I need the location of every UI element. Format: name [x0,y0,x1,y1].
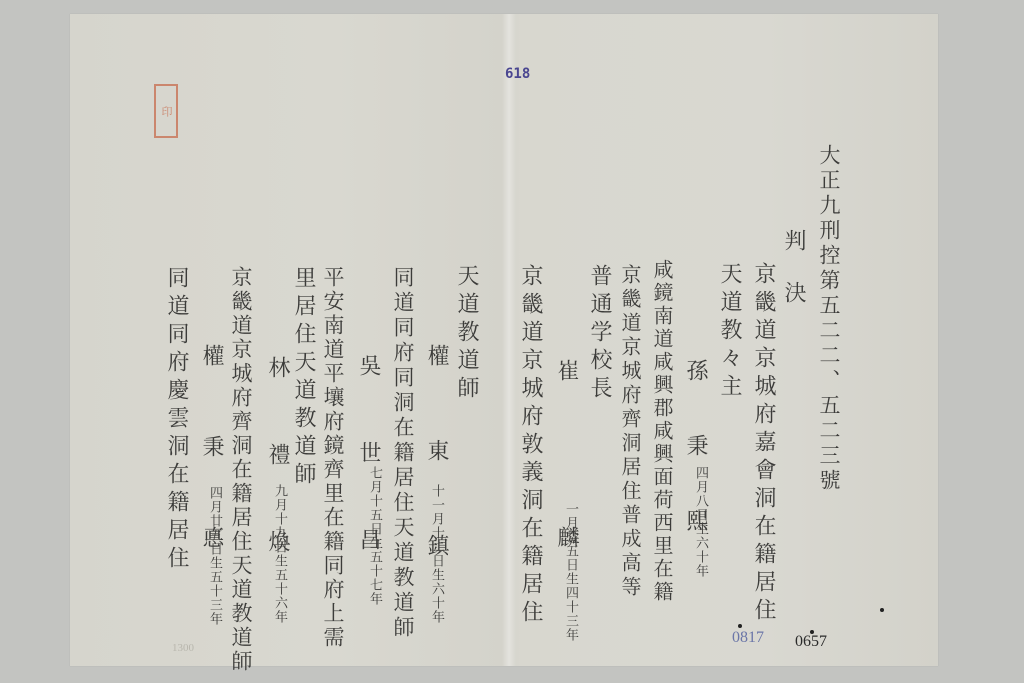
entry-1-occupation: 天道教々主 [718,262,740,402]
page-number-black: 0657 [795,633,827,651]
ink-spot [810,630,814,634]
entry-2-address2: 京畿道京城府敦義洞在籍居住 [519,264,541,628]
entry-6-address: 同道同府慶雲洞在籍居住 [165,266,187,574]
page-number-blue: 0817 [732,629,764,647]
entry-4-address: 平安南道平壤府鏡齊里在籍同府上需 [322,266,343,650]
archive-stamp-number: 618 [505,66,530,82]
case-number-header: 大正九刑控第五二二、五二三號 [818,144,839,494]
entry-3-occupation: 天道教道師 [455,264,477,404]
judgment-title: 判決 [782,229,804,333]
entry-2-address: 咸鏡南道咸興郡咸興面荷西里在籍 [652,259,672,604]
red-seal-stamp: 印 [154,84,178,138]
entry-2-occupation: 普通学校長 [588,264,610,404]
entry-4-residence: 里居住天道教道師 [292,266,314,490]
entry-2-residence: 京畿道京城府齊洞居住普成高等 [620,264,640,600]
entry-1-birth: 四月八日生六十年 [694,466,707,578]
faint-page-number: 1300 [172,642,194,654]
entry-2-birth: 一月廿五日生四十三年 [564,502,577,642]
ink-spot [738,624,742,628]
document-sheet: 印 618 大正九刑控第五二二、五二三號 判決 京畿道京城府嘉會洞在籍居住 天道… [70,14,938,666]
entry-3-address: 同道同府同洞在籍居住天道教道師 [392,266,413,641]
entry-3-birth: 十一月十二日生六十年 [430,484,443,624]
paper-fold [502,14,516,666]
ink-spot [880,608,884,612]
entry-1-address: 京畿道京城府嘉會洞在籍居住 [752,262,774,626]
entry-6-birth: 四月廿五日生五十三年 [208,486,221,626]
entry-5-address: 京畿道京城府齊洞在籍居住天道教道師 [230,266,251,674]
entry-4-birth: 七月十五日生五十七年 [368,466,381,606]
entry-5-birth: 九月十九日生五十六年 [273,484,286,624]
